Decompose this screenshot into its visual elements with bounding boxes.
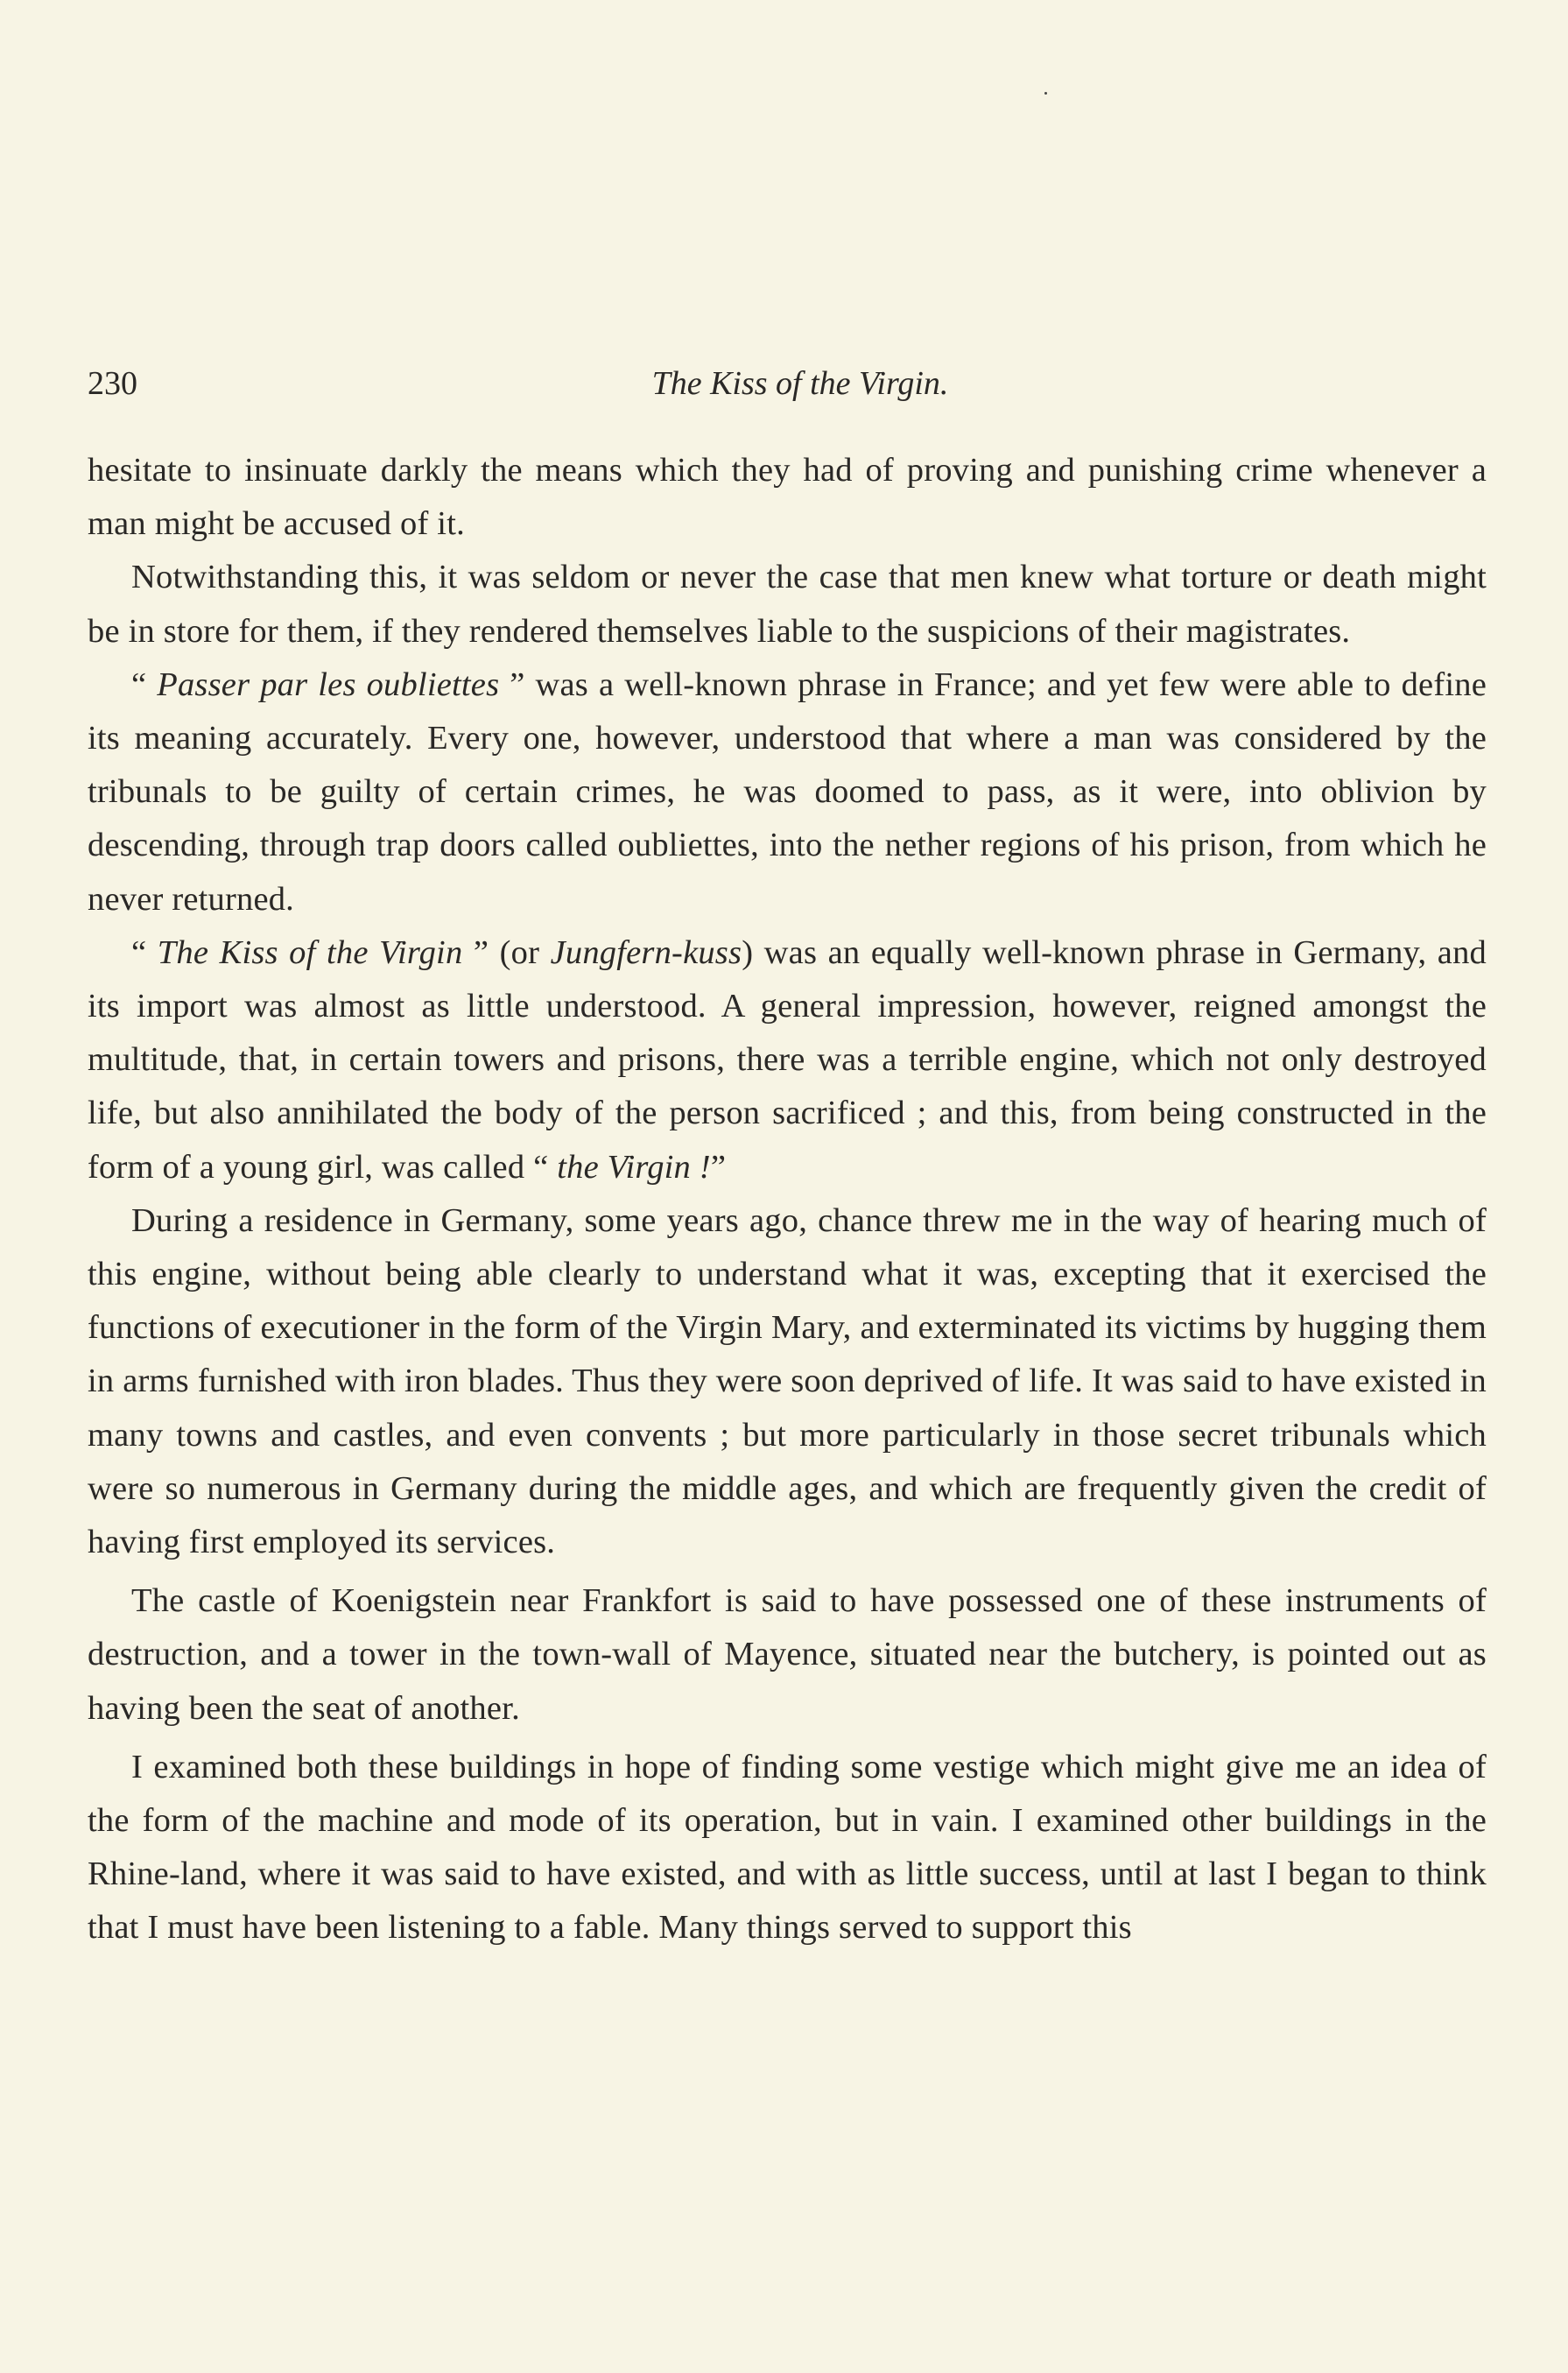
- italic-phrase-jungfern-kuss: Jungfern-kuss: [551, 934, 742, 971]
- paren-open: (or: [489, 934, 550, 971]
- paragraph-kiss-of-virgin: “ The Kiss of the Virgin ” (or Jungfern-…: [88, 926, 1487, 1194]
- close-quote: ”: [711, 1149, 726, 1186]
- paragraph-examined: I examined both these buildings in hope …: [88, 1741, 1487, 1955]
- body-text: hesitate to insinuate darkly the means w…: [88, 444, 1487, 1955]
- open-quote: “: [131, 934, 158, 971]
- paragraph-residence: During a residence in Germany, some year…: [88, 1194, 1487, 1569]
- paragraph-text: was a well-known phrase in France; and y…: [88, 666, 1487, 918]
- paragraph-continued: hesitate to insinuate darkly the means w…: [88, 444, 1487, 551]
- open-quote: “: [533, 1149, 557, 1186]
- close-quote: ”: [499, 666, 524, 703]
- italic-phrase-oubliettes: Passer par les oubliettes: [157, 666, 499, 703]
- close-quote: ”: [462, 934, 489, 971]
- running-title: The Kiss of the Virgin.: [88, 357, 1487, 410]
- paper-speck: [1044, 92, 1047, 95]
- italic-phrase-the-virgin: the Virgin !: [557, 1149, 711, 1186]
- paragraph-oubliettes: “ Passer par les oubliettes ” was a well…: [88, 658, 1487, 926]
- open-quote: “: [131, 666, 157, 703]
- paragraph-notwithstanding: Notwithstanding this, it was seldom or n…: [88, 551, 1487, 658]
- paragraph-koenigstein: The castle of Koenigstein near Frankfort…: [88, 1574, 1487, 1736]
- paragraph-text: was an equally well-known phrase in Germ…: [88, 934, 1487, 1186]
- page-header: 230 The Kiss of the Virgin.: [88, 357, 1487, 410]
- paren-close: ): [742, 934, 753, 971]
- italic-phrase-kiss: The Kiss of the Virgin: [158, 934, 463, 971]
